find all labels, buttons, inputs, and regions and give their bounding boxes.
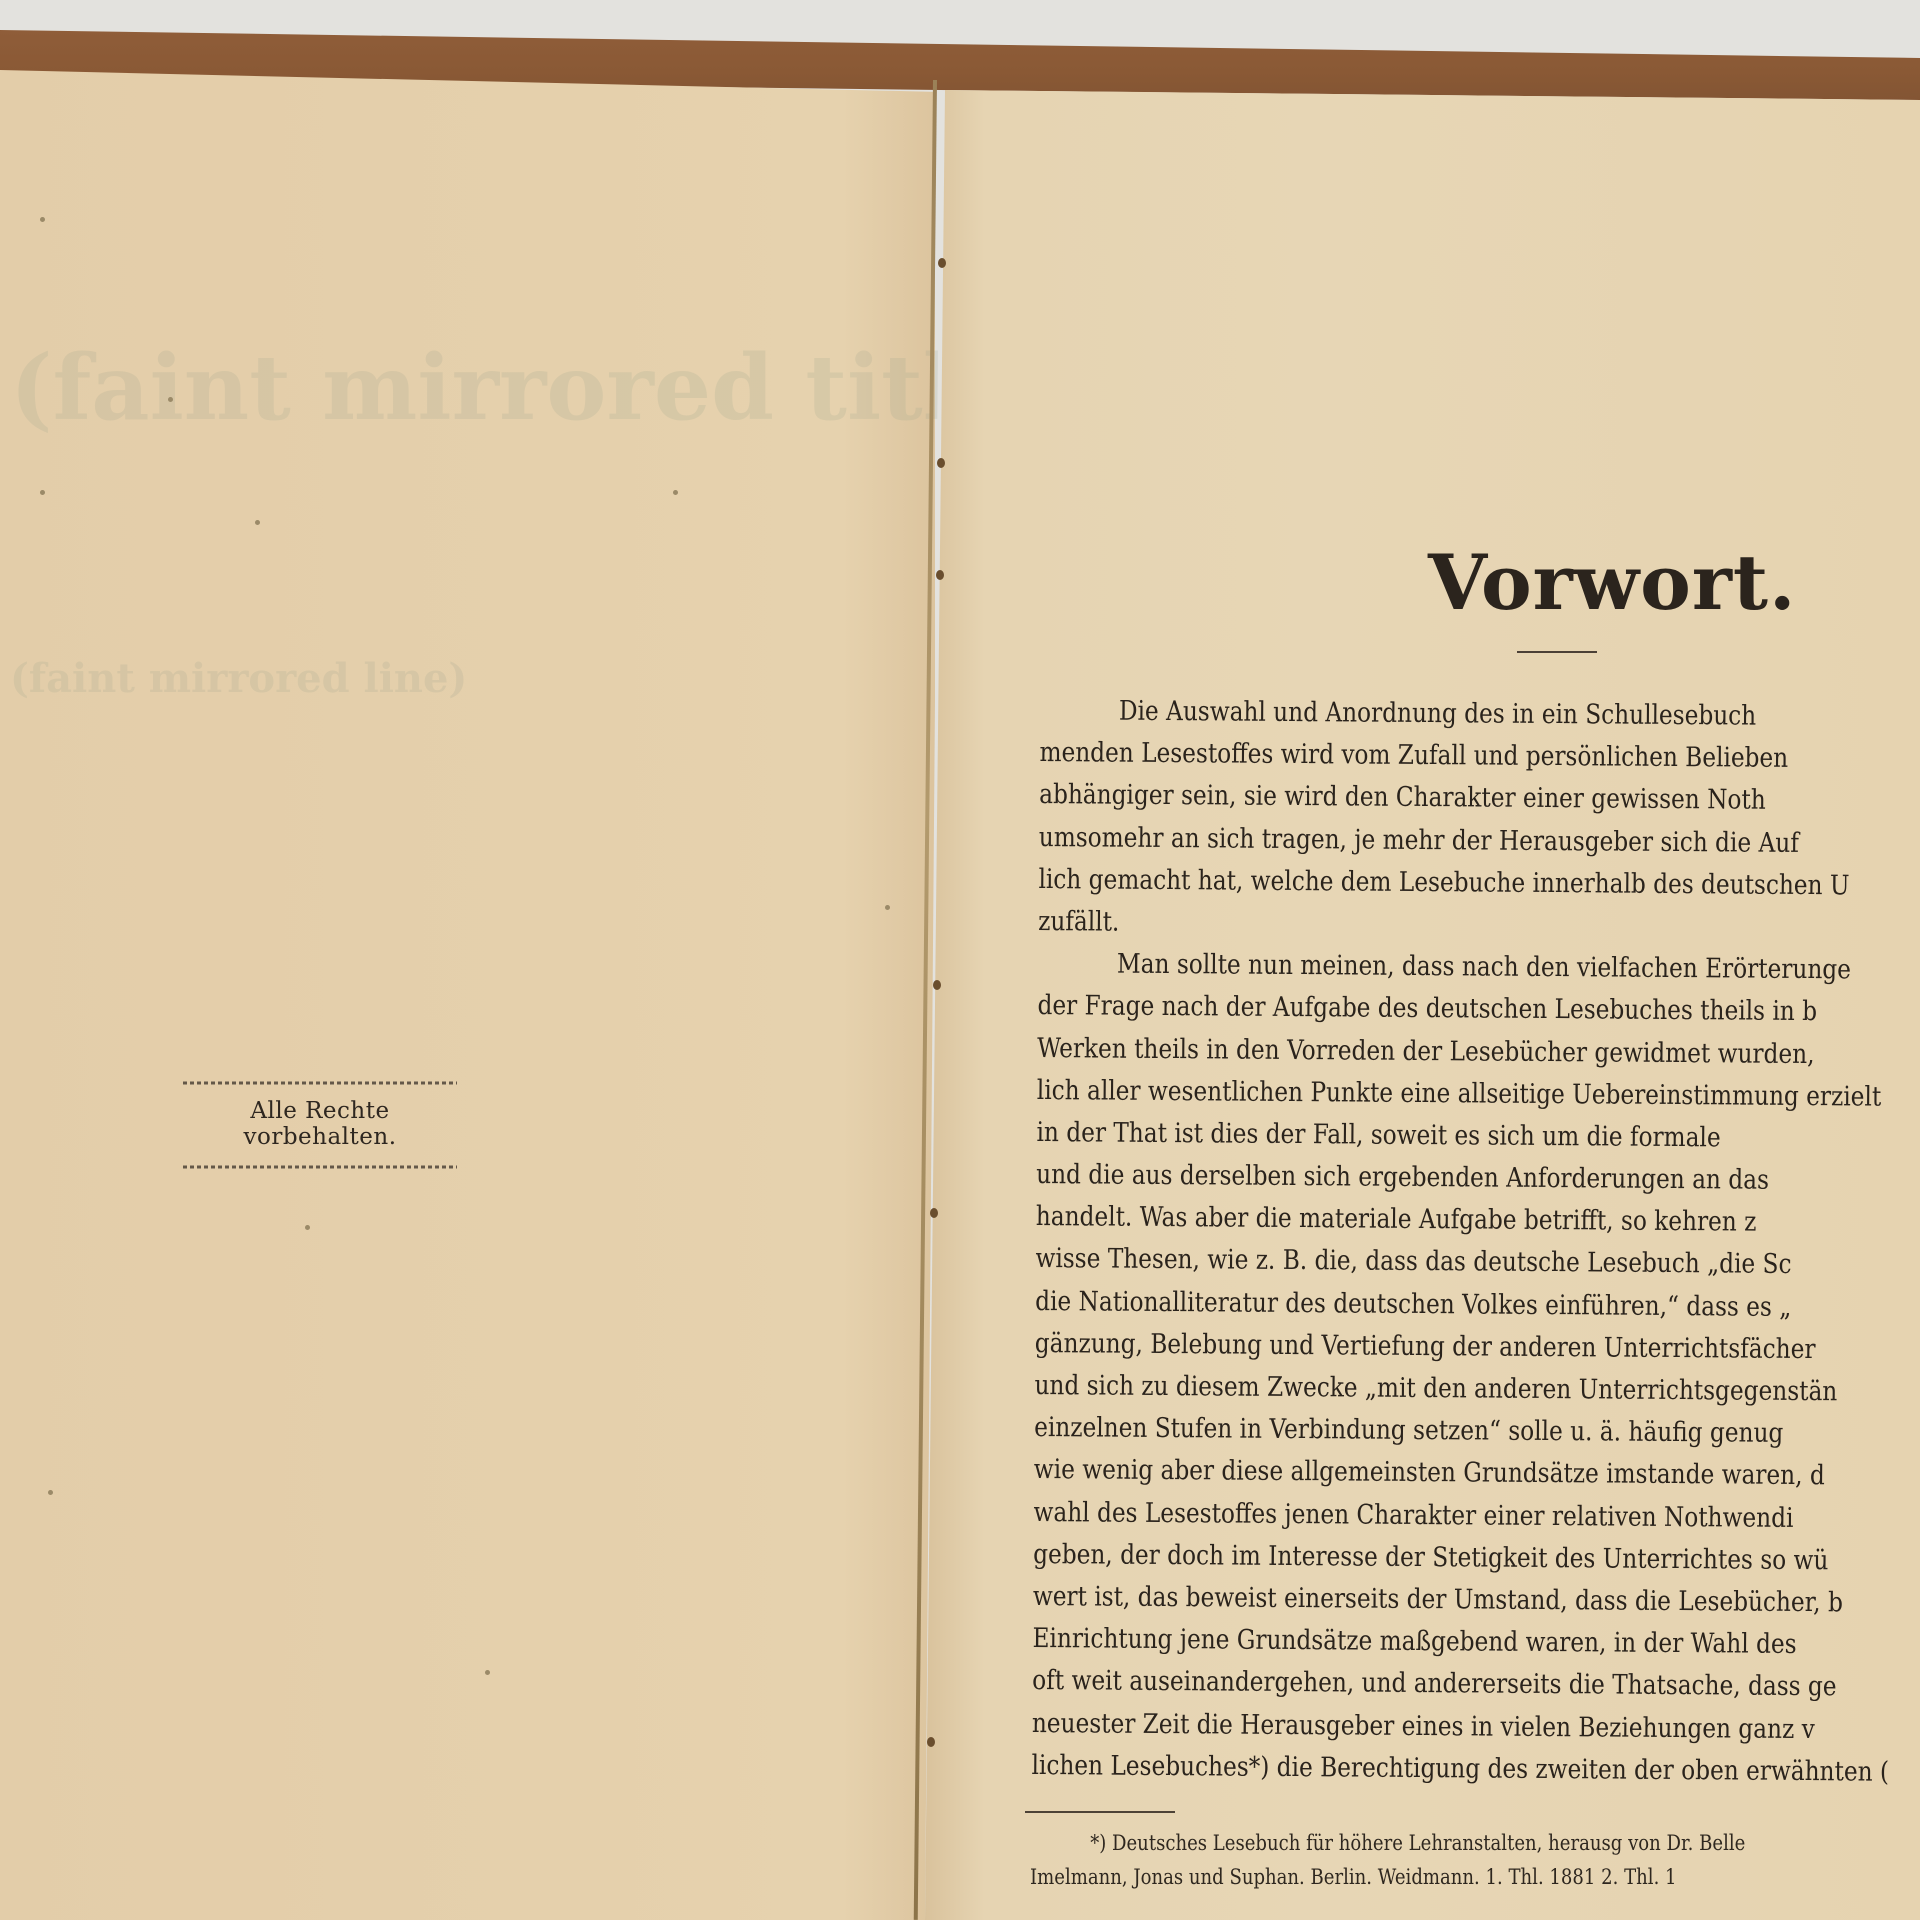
binding-stitch	[936, 570, 944, 580]
text-line: wisse Thesen, wie z. B. die, dass das de…	[1035, 1238, 1895, 1287]
paper-speck	[48, 1490, 53, 1495]
binding-stitch	[933, 980, 941, 990]
text-line: wert ist, das beweist einerseits der Ums…	[1033, 1576, 1893, 1625]
text-line: zufällt.	[1038, 901, 1898, 950]
text-line: handelt. Was aber die materiale Aufgabe …	[1036, 1196, 1896, 1245]
footnote: *) Deutsches Lesebuch für höhere Lehrans…	[1030, 1826, 1890, 1894]
text-line: Werken theils in den Vorreden der Lesebü…	[1037, 1027, 1897, 1076]
text-line: und die aus derselben sich ergebenden An…	[1036, 1154, 1896, 1203]
binding-stitch	[927, 1737, 935, 1747]
binding-stitch	[930, 1208, 938, 1218]
binding-stitch	[938, 258, 946, 268]
text-line: geben, der doch im Interesse der Stetigk…	[1033, 1534, 1893, 1583]
text-line: wie wenig aber diese allgemeinsten Grund…	[1034, 1449, 1894, 1498]
paper-speck	[885, 905, 890, 910]
preface-body: Die Auswahl und Anordnung des in ein Sch…	[1031, 690, 1900, 1794]
footnote-line: Imelmann, Jonas und Suphan. Berlin. Weid…	[1030, 1860, 1890, 1894]
bleed-through-line: (faint mirrored line)	[10, 655, 467, 702]
binding-stitch	[937, 458, 945, 468]
paper-speck	[305, 1225, 310, 1230]
rights-notice-block: Alle Rechte vorbehalten.	[175, 1080, 465, 1170]
text-line: der Frage nach der Aufgabe des deutschen…	[1037, 985, 1897, 1034]
ornamental-rule-top	[183, 1082, 457, 1085]
text-line: neuester Zeit die Herausgeber eines in v…	[1032, 1702, 1892, 1751]
text-line: lich aller wesentlichen Punkte eine alls…	[1037, 1070, 1897, 1119]
text-line: gänzung, Belebung und Vertiefung der and…	[1035, 1323, 1895, 1372]
text-line: abhängiger sein, sie wird den Charakter …	[1039, 774, 1899, 823]
text-line: oft weit auseinandergehen, und andererse…	[1032, 1660, 1892, 1709]
paper-speck	[40, 217, 45, 222]
text-line: Einrichtung jene Grundsätze maßgebend wa…	[1032, 1618, 1892, 1667]
title-rule	[1517, 651, 1597, 653]
paper-speck	[485, 1670, 490, 1675]
paper-speck	[40, 490, 45, 495]
text-line: Man sollte nun meinen, dass nach den vie…	[1038, 943, 1898, 992]
text-line: lich gemacht hat, welche dem Lesebuche i…	[1038, 859, 1898, 908]
text-line: die Nationalliteratur des deutschen Volk…	[1035, 1281, 1895, 1330]
page-title: Vorwort.	[1428, 538, 1796, 627]
text-line: einzelnen Stufen in Verbindung setzen“ s…	[1034, 1407, 1894, 1456]
rights-notice: Alle Rechte vorbehalten.	[175, 1098, 465, 1150]
paper-speck	[673, 490, 678, 495]
footnote-rule	[1025, 1811, 1175, 1813]
text-line: lichen Lesebuches*) die Berechtigung des…	[1031, 1745, 1891, 1794]
ornamental-rule-bottom	[183, 1166, 457, 1169]
text-line: wahl des Lesestoffes jenen Charakter ein…	[1033, 1492, 1893, 1541]
text-line: menden Lesestoffes wird vom Zufall und p…	[1039, 732, 1899, 781]
text-line: umsomehr an sich tragen, je mehr der Her…	[1039, 817, 1899, 866]
paper-speck	[255, 520, 260, 525]
text-line: und sich zu diesem Zwecke „mit den ander…	[1034, 1365, 1894, 1414]
text-line: Die Auswahl und Anordnung des in ein Sch…	[1040, 690, 1900, 739]
text-line: in der That ist dies der Fall, soweit es…	[1036, 1112, 1896, 1161]
paper-speck	[168, 397, 173, 402]
left-page: (faint mirrored title text from reverse …	[0, 70, 935, 1920]
footnote-line: *) Deutsches Lesebuch für höhere Lehrans…	[1030, 1826, 1890, 1860]
